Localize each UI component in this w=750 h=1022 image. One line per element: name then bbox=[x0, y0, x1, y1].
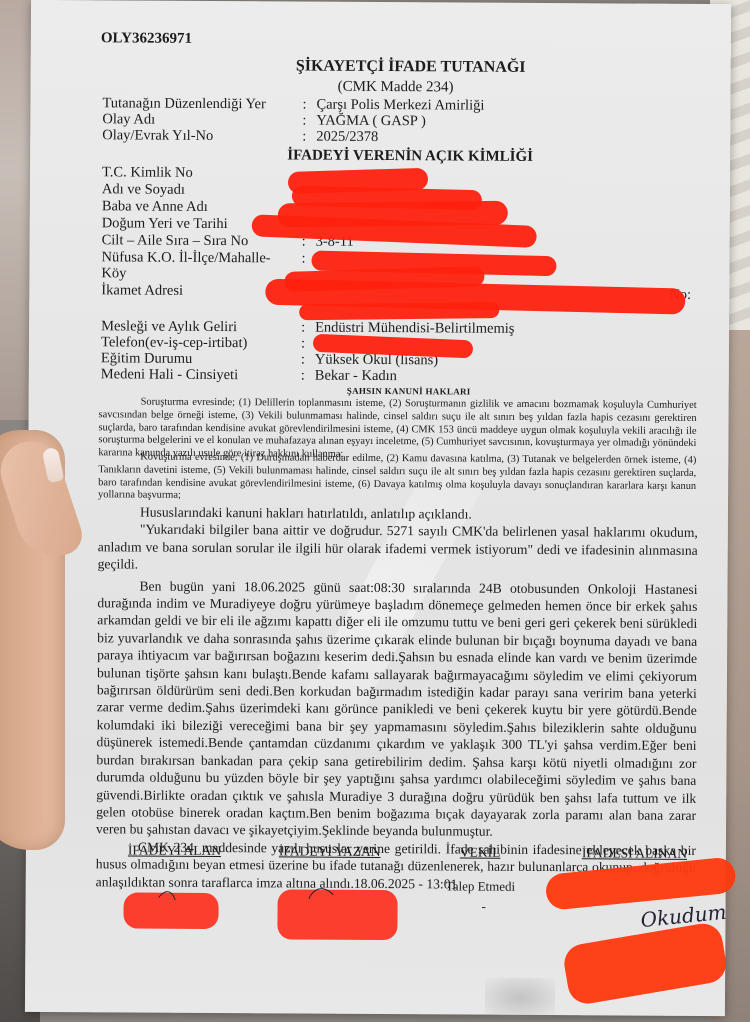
field-phone: Telefon(ev-iş-cep-irtibat): bbox=[101, 334, 315, 351]
document-code: OLY36236971 bbox=[101, 30, 192, 48]
field-event-name: Olay Adı:YAĞMA ( GASP ) bbox=[102, 111, 426, 129]
body-text: Hususlarındaki kanuni hakları hatırlatıl… bbox=[96, 503, 698, 894]
document-title: ŞİKAYETÇİ İFADE TUTANAĞI bbox=[31, 56, 731, 78]
attorney-status: Talep Etmedi bbox=[446, 878, 516, 894]
signature-heading-taken-by: İFADEYİ ALAN bbox=[128, 842, 221, 859]
field-parents: Baba ve Anne Adı bbox=[102, 198, 302, 215]
attorney-note: - bbox=[482, 899, 486, 915]
field-marital-gender: Medeni Hali - Cinsiyeti:Bekar - Kadın bbox=[101, 366, 397, 384]
document-paper: OLY36236971 ŞİKAYETÇİ İFADE TUTANAĞI (CM… bbox=[25, 0, 731, 1016]
redaction-complainant-signature bbox=[561, 921, 729, 1007]
redaction-address-line2 bbox=[299, 302, 499, 320]
rights-prosecution: Kovuşturma evresinde; (1) Duruşmadan hab… bbox=[98, 451, 696, 506]
body-paragraph-statement: Ben bugün yani 18.06.2025 günü saat:08:3… bbox=[96, 577, 698, 842]
signature-heading-written-by: İFADEYİ YAZAN bbox=[279, 843, 381, 860]
field-registry-place: Nüfusa K.O. İl-İlçe/Mahalle-: bbox=[101, 249, 315, 266]
field-event-year-no: Olay/Evrak Yıl-No:2025/2378 bbox=[102, 127, 378, 145]
field-tc-no: T.C. Kimlik No bbox=[102, 164, 302, 181]
paper-fold bbox=[485, 978, 555, 1018]
signature-heading-attorney: VEKİL bbox=[460, 845, 501, 861]
signature-heading-given-by: İFADESİ ALINAN bbox=[582, 845, 687, 862]
field-name: Adı ve Soyadı bbox=[102, 181, 302, 198]
body-paragraph-declaration: "Yukarıdaki bilgiler bana aittir ve doğr… bbox=[98, 521, 698, 577]
